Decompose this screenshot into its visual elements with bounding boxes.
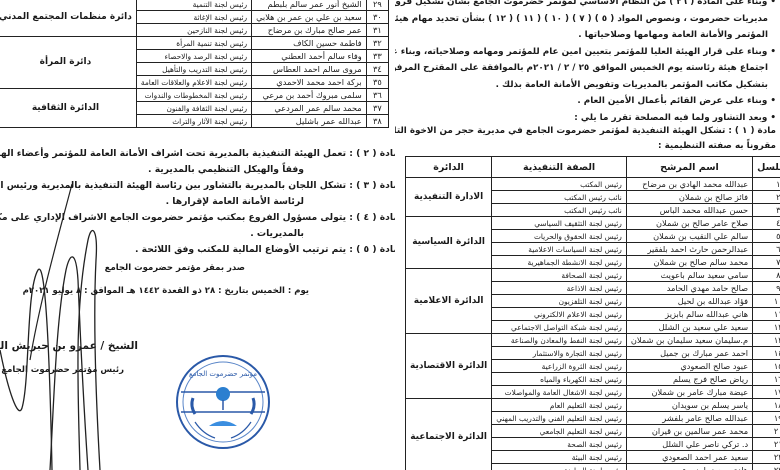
candidate-name-cell: سامي سعيد سالم باعويث <box>626 269 752 282</box>
role-cell: رئيس لجنة التدريب والتأهيل <box>136 63 251 76</box>
committee-table: التسلسل اسم المرشح الصفة التنفيذية الدائ… <box>405 156 780 470</box>
department-cell: الادارة التنفيذية <box>406 178 492 217</box>
serial-cell: ٧ <box>753 256 780 269</box>
role-cell: رئيس لجنة المخطوطات والندوات <box>136 89 251 102</box>
serial-cell: ٢٢ <box>753 451 780 464</box>
table-row: ١٨ياسر يسلم بن سويدانرئيس لجنة التعليم ا… <box>406 399 780 412</box>
serial-cell: ١ <box>753 178 780 191</box>
role-cell: نائب رئيس المكتب <box>492 191 627 204</box>
candidate-name-cell: عبدالله محمد الهادي بن مرضاح <box>626 178 752 191</box>
department-cell: الدائرة السياسية <box>406 217 492 269</box>
preamble-line-4: • وبناء على قرار الهيئة العليا للمؤتمر ب… <box>396 44 776 61</box>
serial-cell: ٣٠ <box>366 11 388 24</box>
candidate-name-cell: وفاء سالم أحمد العطني <box>252 50 367 63</box>
role-cell: رئيس لجنة الثروة الزراعية <box>492 360 627 373</box>
article-2-line-1: مادة ( ٢ ) : تعمل الهيئة التنفيذية بالمد… <box>0 146 395 162</box>
article-1-line-1: مادة ( ١ ) : تشكل الهيئة التنفيذية لمؤتم… <box>396 124 776 139</box>
serial-cell: ١٩ <box>753 412 780 425</box>
role-cell: رئيس لجنة النازحين <box>136 24 251 37</box>
candidate-name-cell: محمد سالم عمر المردعي <box>252 102 367 115</box>
serial-cell: ١٥ <box>753 360 780 373</box>
preamble-line-2: مديريات حضرموت ، ونصوص المواد ( ٥ ) ( ٧ … <box>396 11 776 28</box>
candidate-name-cell: الشيخ أنور عمر سالم بلبطم <box>252 0 367 11</box>
seal-text: مؤتمر حضرموت الجامع <box>189 370 257 378</box>
department-cell: دائرة منظمات المجتمع المدني <box>0 0 136 37</box>
role-cell: رئيس لجنة الاعلام الالكتروني <box>492 308 627 321</box>
serial-cell: ١٧ <box>753 386 780 399</box>
role-cell: رئيس لجنة التلفزيون <box>492 295 627 308</box>
preamble-line-3: المؤتمر والأمانة العامة ومهامها وصلاحيات… <box>396 27 776 44</box>
serial-cell: ٣٥ <box>366 76 388 89</box>
organization-seal: مؤتمر حضرموت الجامع <box>173 352 273 452</box>
serial-cell: ٢٣ <box>753 464 780 470</box>
candidate-name-cell: سعيد علي سعيد بن الشلل <box>626 321 752 334</box>
candidate-name-cell: هاني عبدالله سالم بابزيز <box>626 308 752 321</box>
role-cell: رئيس لجنة التعليم الجامعي <box>492 425 627 438</box>
role-cell: رئيس لجنة الصحة <box>492 438 627 451</box>
preamble-line-6: بتشكيل مكاتب المؤتمر بالمديريات وتفويض ا… <box>396 77 776 94</box>
department-cell: الدائرة الاعلامية <box>406 269 492 334</box>
candidate-name-cell: حسن عبدالله محمد الباس <box>626 204 752 217</box>
serial-cell: ٣٢ <box>366 37 388 50</box>
role-cell: رئيس لجنة التعليم الفني والتدريب المهني <box>492 412 627 425</box>
candidate-name-cell: سالم علي النقيب بن شملان <box>626 230 752 243</box>
department-cell: الدائرة الاجتماعية <box>406 399 492 470</box>
role-cell: رئيس لجنة الثقافة والفنون <box>136 102 251 115</box>
role-cell: رئيس لجنة التعليم العام <box>492 399 627 412</box>
role-cell: رئيس لجنة الاذاعة <box>492 282 627 295</box>
role-cell: رئيس لجنة الرصد والاحصاء <box>136 50 251 63</box>
preamble-line-7: • وبناء على عرض القائم بأعمال الأمين الع… <box>396 93 776 110</box>
serial-cell: ٣٤ <box>366 63 388 76</box>
article-1-block: مادة ( ١ ) : تشكل الهيئة التنفيذية لمؤتم… <box>396 124 776 154</box>
serial-cell: ١٨ <box>753 399 780 412</box>
candidate-name-cell: احمد عمر مبارك بن جميل <box>626 347 752 360</box>
role-cell: رئيس لجنة شبكة التواصل الاجتماعي <box>492 321 627 334</box>
document-page-main: • وبناءً على المادة ( ٢٦ ) من النظام الأ… <box>395 0 780 470</box>
header-serial: التسلسل <box>753 157 780 178</box>
candidate-name-cell: م.سليمان سعيد سليمان بن شملان <box>626 334 752 347</box>
role-cell: رئيس لجنة الصحافة <box>492 269 627 282</box>
header-executive-role: الصفة التنفيذية <box>492 157 627 178</box>
table-header-row: التسلسل اسم المرشح الصفة التنفيذية الدائ… <box>406 157 780 178</box>
department-cell: دائرة المرأة <box>0 37 136 89</box>
header-department: الدائرة <box>406 157 492 178</box>
serial-cell: ١٠ <box>753 295 780 308</box>
serial-cell: ٢٠ <box>753 425 780 438</box>
role-cell: رئيس لجنة الانشطة الجماهيرية <box>492 256 627 269</box>
table-row: ١عبدالله محمد الهادي بن مرضاحرئيس المكتب… <box>406 178 780 191</box>
candidate-name-cell: فؤاد عبدالله بن لحيل <box>626 295 752 308</box>
serial-cell: ٣ <box>753 204 780 217</box>
preamble-line-1: • وبناءً على المادة ( ٢٦ ) من النظام الأ… <box>396 0 776 11</box>
candidate-name-cell: عمر صالح مبارك بن مرضاح <box>252 24 367 37</box>
table-row: ٨سامي سعيد سالم باعويثرئيس لجنة الصحافةا… <box>406 269 780 282</box>
header-candidate-name: اسم المرشح <box>626 157 752 178</box>
candidate-name-cell: ياسر يسلم بن سويدان <box>626 399 752 412</box>
role-cell: رئيس لجنة الرياضة <box>492 464 627 470</box>
committee-table-continued: ٢٩الشيخ أنور عمر سالم بلبطمرئيس لجنة الت… <box>0 0 389 128</box>
serial-cell: ٣٧ <box>366 102 388 115</box>
serial-cell: ٢١ <box>753 438 780 451</box>
role-cell: رئيس لجنة النفط والمعادن والصناعة <box>492 334 627 347</box>
role-cell: رئيس المكتب <box>492 178 627 191</box>
candidate-name-cell: فاطمة حسين الكاف <box>252 37 367 50</box>
candidate-name-cell: سعيد عمر احمد الصعودي <box>626 451 752 464</box>
role-cell: رئيس لجنة التجارة والاستثمار <box>492 347 627 360</box>
serial-cell: ١٦ <box>753 373 780 386</box>
table-row: ٣٦سلمى مبروك أحمد بن مرعيرئيس لجنة المخط… <box>0 89 389 102</box>
candidate-name-cell: عيضة مبارك عامر بن شملان <box>626 386 752 399</box>
candidate-name-cell: فائز صالح بن شملان <box>626 191 752 204</box>
candidate-name-cell: محمد سالم صالح بن شملان <box>626 256 752 269</box>
handwritten-signature <box>0 170 110 470</box>
serial-cell: ٣٣ <box>366 50 388 63</box>
issued-at-line: صدر بمقر مؤتمر حضرموت الجامع <box>105 263 245 273</box>
table-row: ٤صلاح عامر صالح بن شملانرئيس لجنة التثقي… <box>406 217 780 230</box>
role-cell: رئيس لجنة الآثار والتراث <box>136 115 251 128</box>
candidate-name-cell: سلمى مبروك أحمد بن مرعي <box>252 89 367 102</box>
preamble-block: • وبناءً على المادة ( ٢٦ ) من النظام الأ… <box>396 0 776 126</box>
role-cell: رئيس لجنة الاعلام والعلاقات العامة <box>136 76 251 89</box>
role-cell: رئيس لجنة الإغاثة <box>136 11 251 24</box>
candidate-name-cell: سعيد بن علي بن عمر بن هلابي <box>252 11 367 24</box>
article-1-line-2: مقروناً به صفته التنظيمية : <box>396 139 776 154</box>
role-cell: رئيس لجنة البيئة <box>492 451 627 464</box>
serial-cell: ١٣ <box>753 334 780 347</box>
candidate-name-cell: محمد عمر سالمين بن قيران <box>626 425 752 438</box>
serial-cell: ٩ <box>753 282 780 295</box>
role-cell: رئيس لجنة الحقوق والحريات <box>492 230 627 243</box>
role-cell: رئيس لجنة التنمية <box>136 0 251 11</box>
document-page-continuation: ٢٩الشيخ أنور عمر سالم بلبطمرئيس لجنة الت… <box>0 0 395 470</box>
role-cell: رئيس لجنة السياسات الاعلامية <box>492 243 627 256</box>
role-cell: نائب رئيس المكتب <box>492 204 627 217</box>
preamble-line-5: اجتماع هيئة رئاسته يوم الخميس الموافق ٢٥… <box>396 60 776 77</box>
candidate-name-cell: صلاح عامر صالح بن شملان <box>626 217 752 230</box>
serial-cell: ١١ <box>753 308 780 321</box>
department-cell: الدائرة الاقتصادية <box>406 334 492 399</box>
candidate-name-cell: رياض صالح فرج يسلم <box>626 373 752 386</box>
serial-cell: ٢ <box>753 191 780 204</box>
table-row: ٣٢فاطمة حسين الكافرئيس لجنة تنمية المرأة… <box>0 37 389 50</box>
serial-cell: ٦ <box>753 243 780 256</box>
serial-cell: ٨ <box>753 269 780 282</box>
role-cell: رئيس لجنة الاشغال العامة والمواصلات <box>492 386 627 399</box>
serial-cell: ٤ <box>753 217 780 230</box>
candidate-name-cell: عبدالله عمر باشليل <box>252 115 367 128</box>
role-cell: رئيس لجنة تنمية المرأة <box>136 37 251 50</box>
serial-cell: ٣١ <box>366 24 388 37</box>
table-row: ١٣م.سليمان سعيد سليمان بن شملانرئيس لجنة… <box>406 334 780 347</box>
serial-cell: ٥ <box>753 230 780 243</box>
table-row: ٢٩الشيخ أنور عمر سالم بلبطمرئيس لجنة الت… <box>0 0 389 11</box>
role-cell: رئيس لجنة التثقيف السياسي <box>492 217 627 230</box>
department-cell: الدائرة الثقافية <box>0 89 136 128</box>
role-cell: رئيس لجنة الكهرباء والمياه <box>492 373 627 386</box>
candidate-name-cell: عبدالرحمن حارث احمد بلفقير <box>626 243 752 256</box>
serial-cell: ٣٨ <box>366 115 388 128</box>
serial-cell: ٢٩ <box>366 0 388 11</box>
candidate-name-cell: عبود صالح الصعودي <box>626 360 752 373</box>
candidate-name-cell: د. تركي ناصر علي الشلل <box>626 438 752 451</box>
candidate-name-cell: مروى سالم احمد العطاس <box>252 63 367 76</box>
serial-cell: ١٤ <box>753 347 780 360</box>
serial-cell: ١٢ <box>753 321 780 334</box>
candidate-name-cell: هادي سعيد بامزروع <box>626 464 752 470</box>
candidate-name-cell: بركة احمد محمد الاحمدي <box>252 76 367 89</box>
candidate-name-cell: عبدالله صالح عامر بلفشر <box>626 412 752 425</box>
candidate-name-cell: صالح حامد مهدي الحامد <box>626 282 752 295</box>
serial-cell: ٣٦ <box>366 89 388 102</box>
